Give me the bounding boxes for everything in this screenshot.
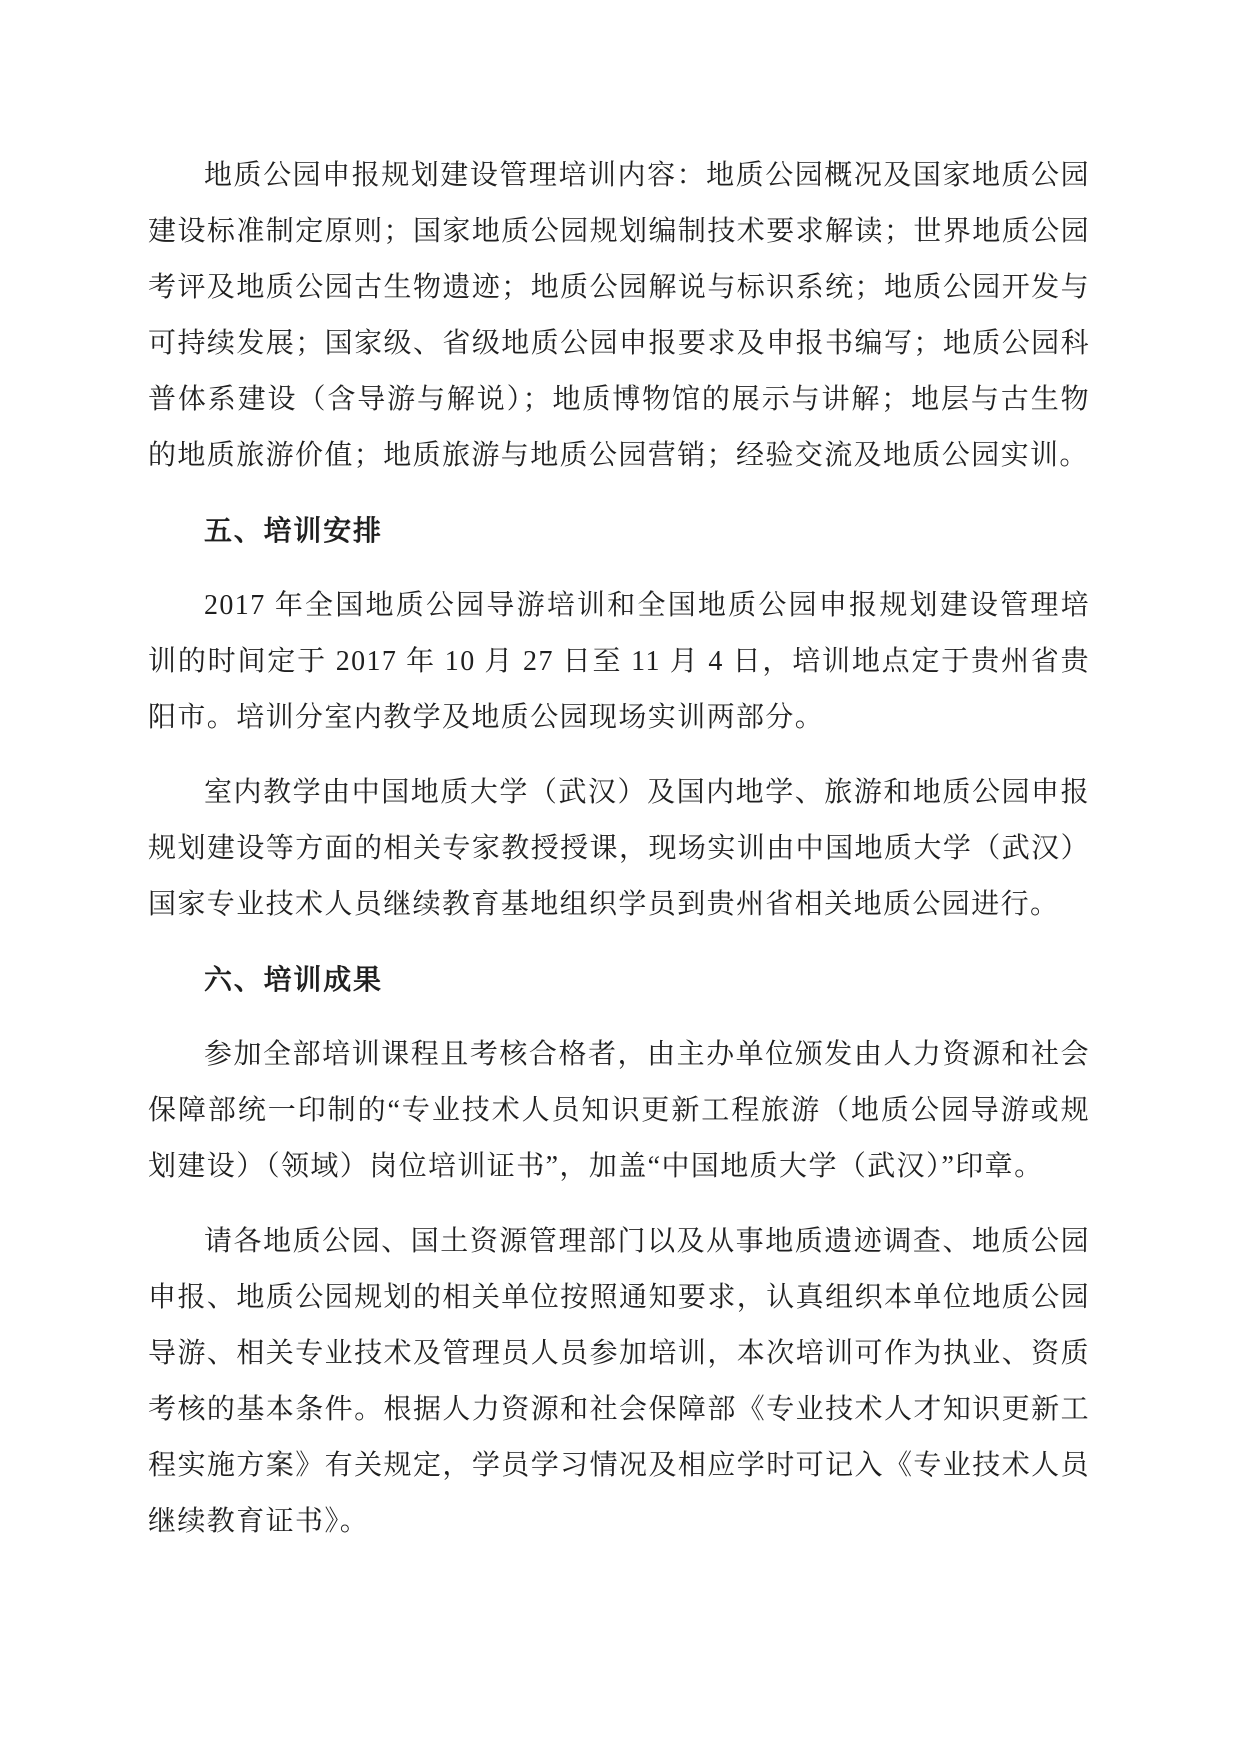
paragraph-training-content: 地质公园申报规划建设管理培训内容：地质公园概况及国家地质公园建设标准制定原则；国… [148, 148, 1090, 484]
paragraph-schedule-teaching: 室内教学由中国地质大学（武汉）及国内地学、旅游和地质公园申报规划建设等方面的相关… [148, 765, 1090, 933]
heading-section-six-training-results: 六、培训成果 [148, 952, 1090, 1008]
heading-section-five-training-schedule: 五、培训安排 [148, 503, 1090, 559]
paragraph-results-certificate: 参加全部培训课程且考核合格者，由主办单位颁发由人力资源和社会保障部统一印制的“专… [148, 1027, 1090, 1195]
paragraph-results-requirements: 请各地质公园、国土资源管理部门以及从事地质遗迹调查、地质公园申报、地质公园规划的… [148, 1214, 1090, 1550]
document-page: 地质公园申报规划建设管理培训内容：地质公园概况及国家地质公园建设标准制定原则；国… [0, 0, 1240, 1754]
paragraph-schedule-dates: 2017 年全国地质公园导游培训和全国地质公园申报规划建设管理培训的时间定于 2… [148, 578, 1090, 746]
document-content: 地质公园申报规划建设管理培训内容：地质公园概况及国家地质公园建设标准制定原则；国… [148, 148, 1090, 1550]
